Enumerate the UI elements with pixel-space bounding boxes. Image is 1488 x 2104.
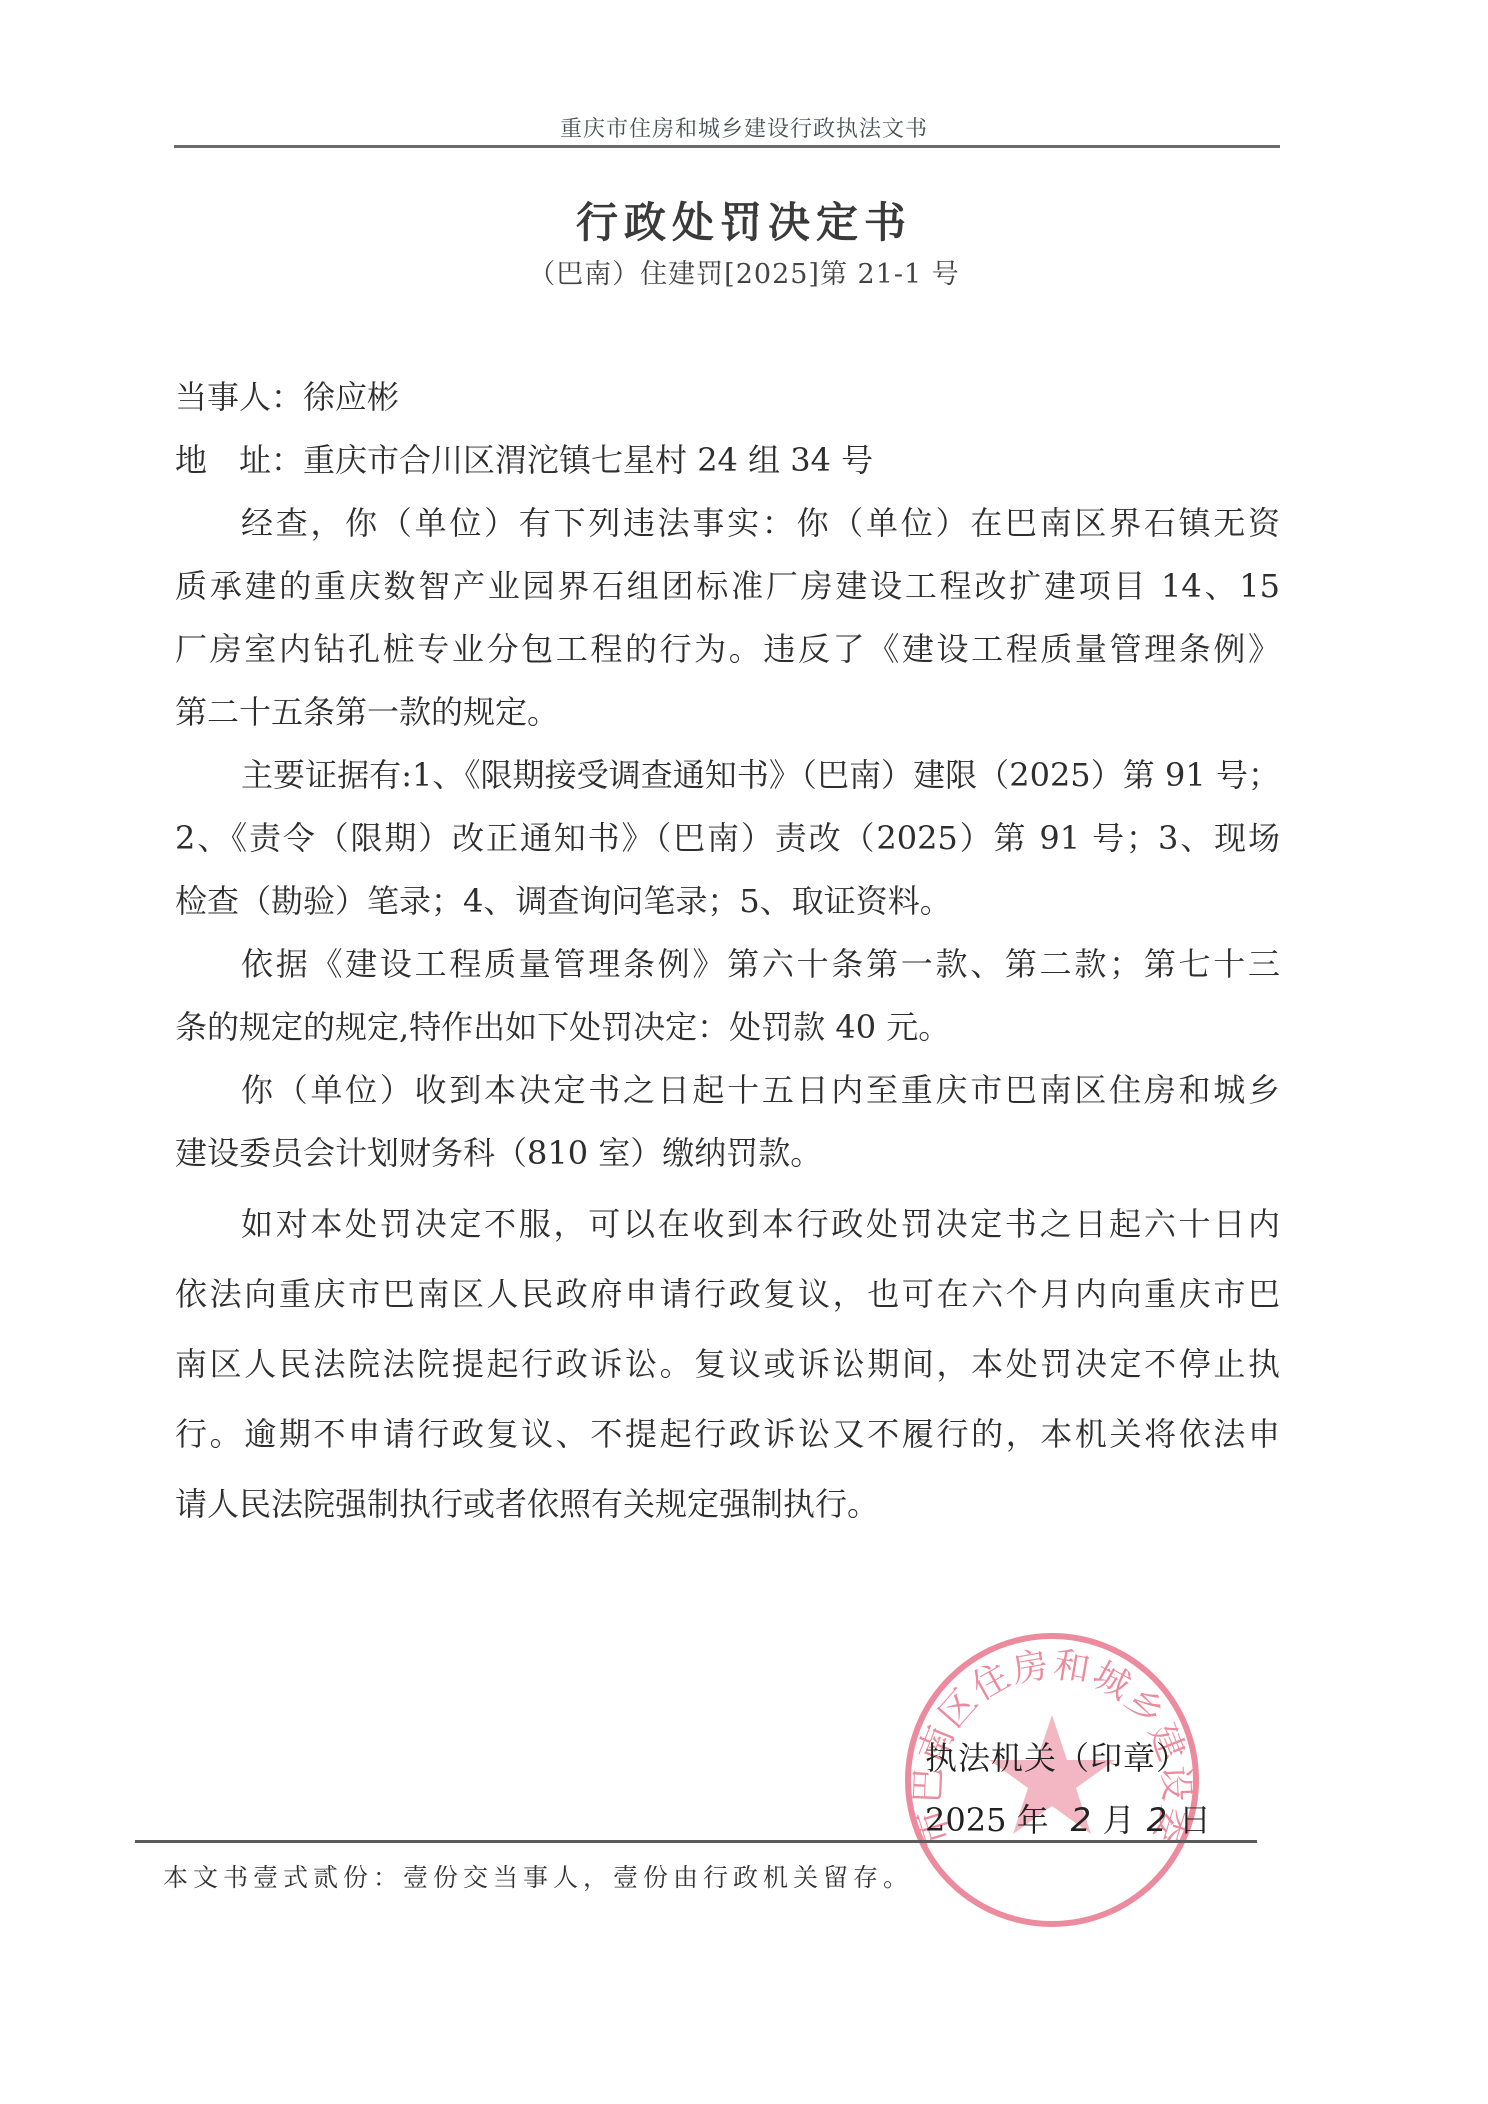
paragraph-line: 依据《建设工程质量管理条例》第六十条第一款、第二款；第七十三	[175, 933, 1280, 996]
document-number: （巴南）住建罚[2025]第 21-1 号	[0, 252, 1488, 291]
paragraph-line: 你（单位）收到本决定书之日起十五日内至重庆市巴南区住房和城乡	[175, 1059, 1280, 1122]
date-month: 2	[1059, 1801, 1103, 1839]
paragraph-appeal-rights: 如对本处罚决定不服，可以在收到本行政处罚决定书之日起六十日内 依法向重庆市巴南区…	[175, 1193, 1280, 1543]
header-divider	[174, 145, 1280, 148]
document-body: 当事人：徐应彬 地 址：重庆市合川区渭沱镇七星村 24 组 34 号 经查，你（…	[175, 366, 1280, 1543]
party-address: 重庆市合川区渭沱镇七星村 24 组 34 号	[303, 441, 873, 479]
paragraph-line: 依法向重庆市巴南区人民政府申请行政复议，也可在六个月内向重庆市巴	[175, 1263, 1280, 1333]
paragraph-violation-facts: 经查，你（单位）有下列违法事实：你（单位）在巴南区界石镇无资 质承建的重庆数智产…	[175, 492, 1280, 744]
paragraph-line: 如对本处罚决定不服，可以在收到本行政处罚决定书之日起六十日内	[175, 1193, 1280, 1263]
footer-divider	[135, 1840, 1257, 1843]
date-month-unit: 月	[1103, 1801, 1135, 1839]
seal-ring	[908, 1636, 1196, 1924]
issuer-banner: 重庆市住房和城乡建设行政执法文书	[0, 112, 1488, 143]
issuing-authority-label: 执法机关（印章）	[925, 1733, 1189, 1779]
party-name: 徐应彬	[303, 378, 399, 416]
paragraph-line: 请人民法院强制执行或者依照有关规定强制执行。	[175, 1473, 1280, 1543]
date-year-unit: 年	[1006, 1801, 1058, 1839]
paragraph-penalty-decision: 依据《建设工程质量管理条例》第六十条第一款、第二款；第七十三 条的规定的规定,特…	[175, 933, 1280, 1059]
paragraph-line: 条的规定的规定,特作出如下处罚决定：处罚款 40 元。	[175, 996, 1280, 1059]
party-name-label: 当事人：	[175, 378, 303, 416]
paragraph-line: 第二十五条第一款的规定。	[175, 681, 1280, 744]
footer-note: 本文书壹式贰份：壹份交当事人，壹份由行政机关留存。	[163, 1858, 913, 1894]
paragraph-line: 2、《责令（限期）改正通知书》（巴南）责改（2025）第 91 号；3、现场	[175, 807, 1280, 870]
party-address-label: 地 址：	[175, 441, 303, 479]
paragraph-line: 南区人民法院法院提起行政诉讼。复议或诉讼期间，本处罚决定不停止执	[175, 1333, 1280, 1403]
party-name-line: 当事人：徐应彬	[175, 366, 1280, 429]
paragraph-line: 建设委员会计划财务科（810 室）缴纳罚款。	[175, 1122, 1280, 1185]
paragraph-line: 主要证据有:1、《限期接受调查通知书》（巴南）建限（2025）第 91 号；	[175, 744, 1280, 807]
official-seal: 重庆市巴南区住房和城乡建设委员会	[902, 1630, 1202, 1930]
paragraph-payment-instructions: 你（单位）收到本决定书之日起十五日内至重庆市巴南区住房和城乡 建设委员会计划财务…	[175, 1059, 1280, 1185]
paragraph-line: 厂房室内钻孔桩专业分包工程的行为。违反了《建设工程质量管理条例》	[175, 618, 1280, 681]
paragraph-line: 经查，你（单位）有下列违法事实：你（单位）在巴南区界石镇无资	[175, 492, 1280, 555]
date-day-unit: 日	[1179, 1801, 1211, 1839]
paragraph-line: 质承建的重庆数智产业园界石组团标准厂房建设工程改扩建项目 14、15	[175, 555, 1280, 618]
party-address-line: 地 址：重庆市合川区渭沱镇七星村 24 组 34 号	[175, 429, 1280, 492]
paragraph-line: 行。逾期不申请行政复议、不提起行政诉讼又不履行的，本机关将依法申	[175, 1403, 1280, 1473]
document-title: 行政处罚决定书	[0, 190, 1488, 250]
date-day: 2	[1135, 1801, 1179, 1839]
paragraph-line: 检查（勘验）笔录；4、调查询问笔录；5、取证资料。	[175, 870, 1280, 933]
paragraph-evidence: 主要证据有:1、《限期接受调查通知书》（巴南）建限（2025）第 91 号； 2…	[175, 744, 1280, 933]
issue-date: 2025 年 2月2日	[925, 1795, 1211, 1841]
date-year: 2025	[925, 1801, 1006, 1839]
